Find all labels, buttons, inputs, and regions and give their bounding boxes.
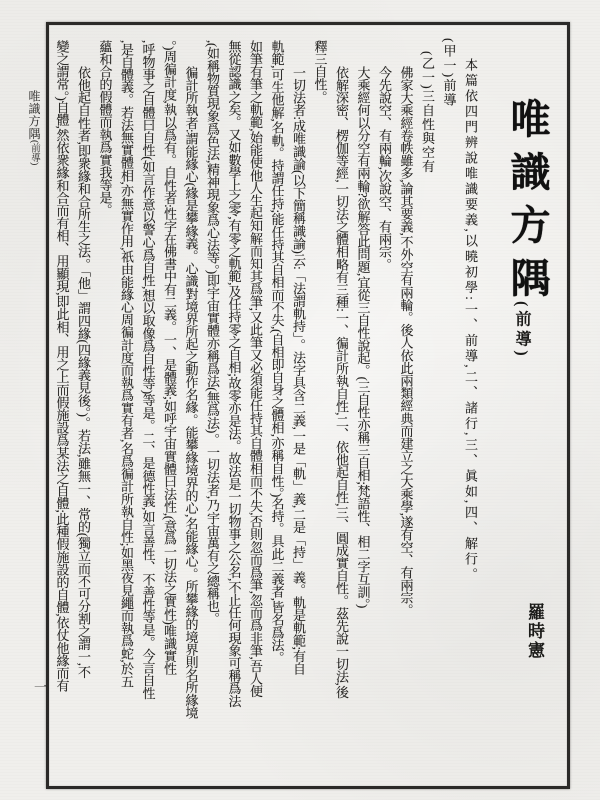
text-column: 變之謂常。)自體,然依衆緣和合而有相、用顯現,即此相、用之上而假施設爲某法之自體… (50, 38, 72, 784)
text-column: 今先說空、有兩輪,次說空、有兩宗。 (373, 38, 395, 784)
text-column: 依解深密、楞伽等經,一切法之體相略有三種:一、徧計所執自性,二、依他起自性,三、… (330, 38, 352, 784)
book-title: 唯識方隅 (499, 98, 556, 328)
author-name: 羅時憲 (522, 603, 547, 673)
text-column: 大乘經何以分空有兩輪?欲解答此問題,宜從三自性說起。(三自性亦稱三自相;梵語性、… (351, 38, 373, 784)
text-column: 本篇依四門辨說唯識要義,以曉初學:一、前導,二、諸行,三、眞如,四、解行。 (459, 38, 481, 784)
text-column: 軌範,可生他解,名軌。持謂任持;能任持其自相而不失,(自相即自身之體相,亦稱自性… (265, 38, 287, 784)
margin-title-main: 唯識方隅 (27, 90, 41, 140)
text-column: ,是自體義。若法無實體相,亦無實作用,祇由能緣心周徧計度而執爲實有者,名爲徧計所… (115, 38, 137, 784)
text-column: (乙一)三自性與空有 (416, 38, 438, 784)
text-column: ,呼物事之自體曰自性(如言作意以警心爲自性,想以取像爲自性等)等是。二、是德性義… (136, 38, 158, 784)
text-column: (甲一)前導 (437, 38, 459, 784)
page-scan: 唯識方隅 (前導) 羅時憲 本篇依四門辨說唯識要義,以曉初學:一、前導,二、諸行… (0, 0, 600, 800)
page-number: 一 (30, 680, 49, 704)
text-column: ,(如稱物質現象爲色法,精神現象爲心法等。)即宇宙實體亦稱爲法(無爲法)。一切法… (201, 38, 223, 784)
text-column: 如筆有筆之軌範,始能使他人生起知解而知其爲筆;又此筆又必須能任持其自體相而不失,… (244, 38, 266, 784)
book-subtitle: (前導) (510, 301, 533, 411)
margin-running-title: 唯識方隅(前導) (25, 90, 43, 210)
body-text: 本篇依四門辨說唯識要義,以曉初學:一、前導,二、諸行,三、眞如,四、解行。(甲一… (50, 38, 480, 784)
text-column: 無從認識之矣。又如數學上之零,有零之軌範,及任持零之自相;故零亦是法。故法是一切… (222, 38, 244, 784)
text-column: 佛家大乘經卷帙雖多,論其要義,不外空有兩輪。後人依此兩類經典而建立之大乘學,遂有… (394, 38, 416, 784)
text-column: 依他起自性者,即衆緣和合所生之法。「他」謂四緣(四緣義見後。)。若法,雖無一、常… (72, 38, 94, 784)
text-column: 蘊和合的假體而執爲實我等是。 (93, 38, 115, 784)
text-column: 。)周徧計度,執以爲有。自性者:性字在佛書中有二義。一、是體義;如呼宇宙實體曰法… (158, 38, 180, 784)
text-column: 一切法者:成唯識論(以下簡稱識論)云:「法謂軌持」。法字具含二義,一是「軌」義,… (287, 38, 309, 784)
margin-title-sub: (前導) (29, 140, 39, 165)
text-column: 徧計所執者:謂能緣心(緣是攀緣義。心識對境界所起之動作名緣。能攀緣境界的心,名能… (179, 38, 201, 784)
text-column: 釋三自性。 (308, 38, 330, 784)
